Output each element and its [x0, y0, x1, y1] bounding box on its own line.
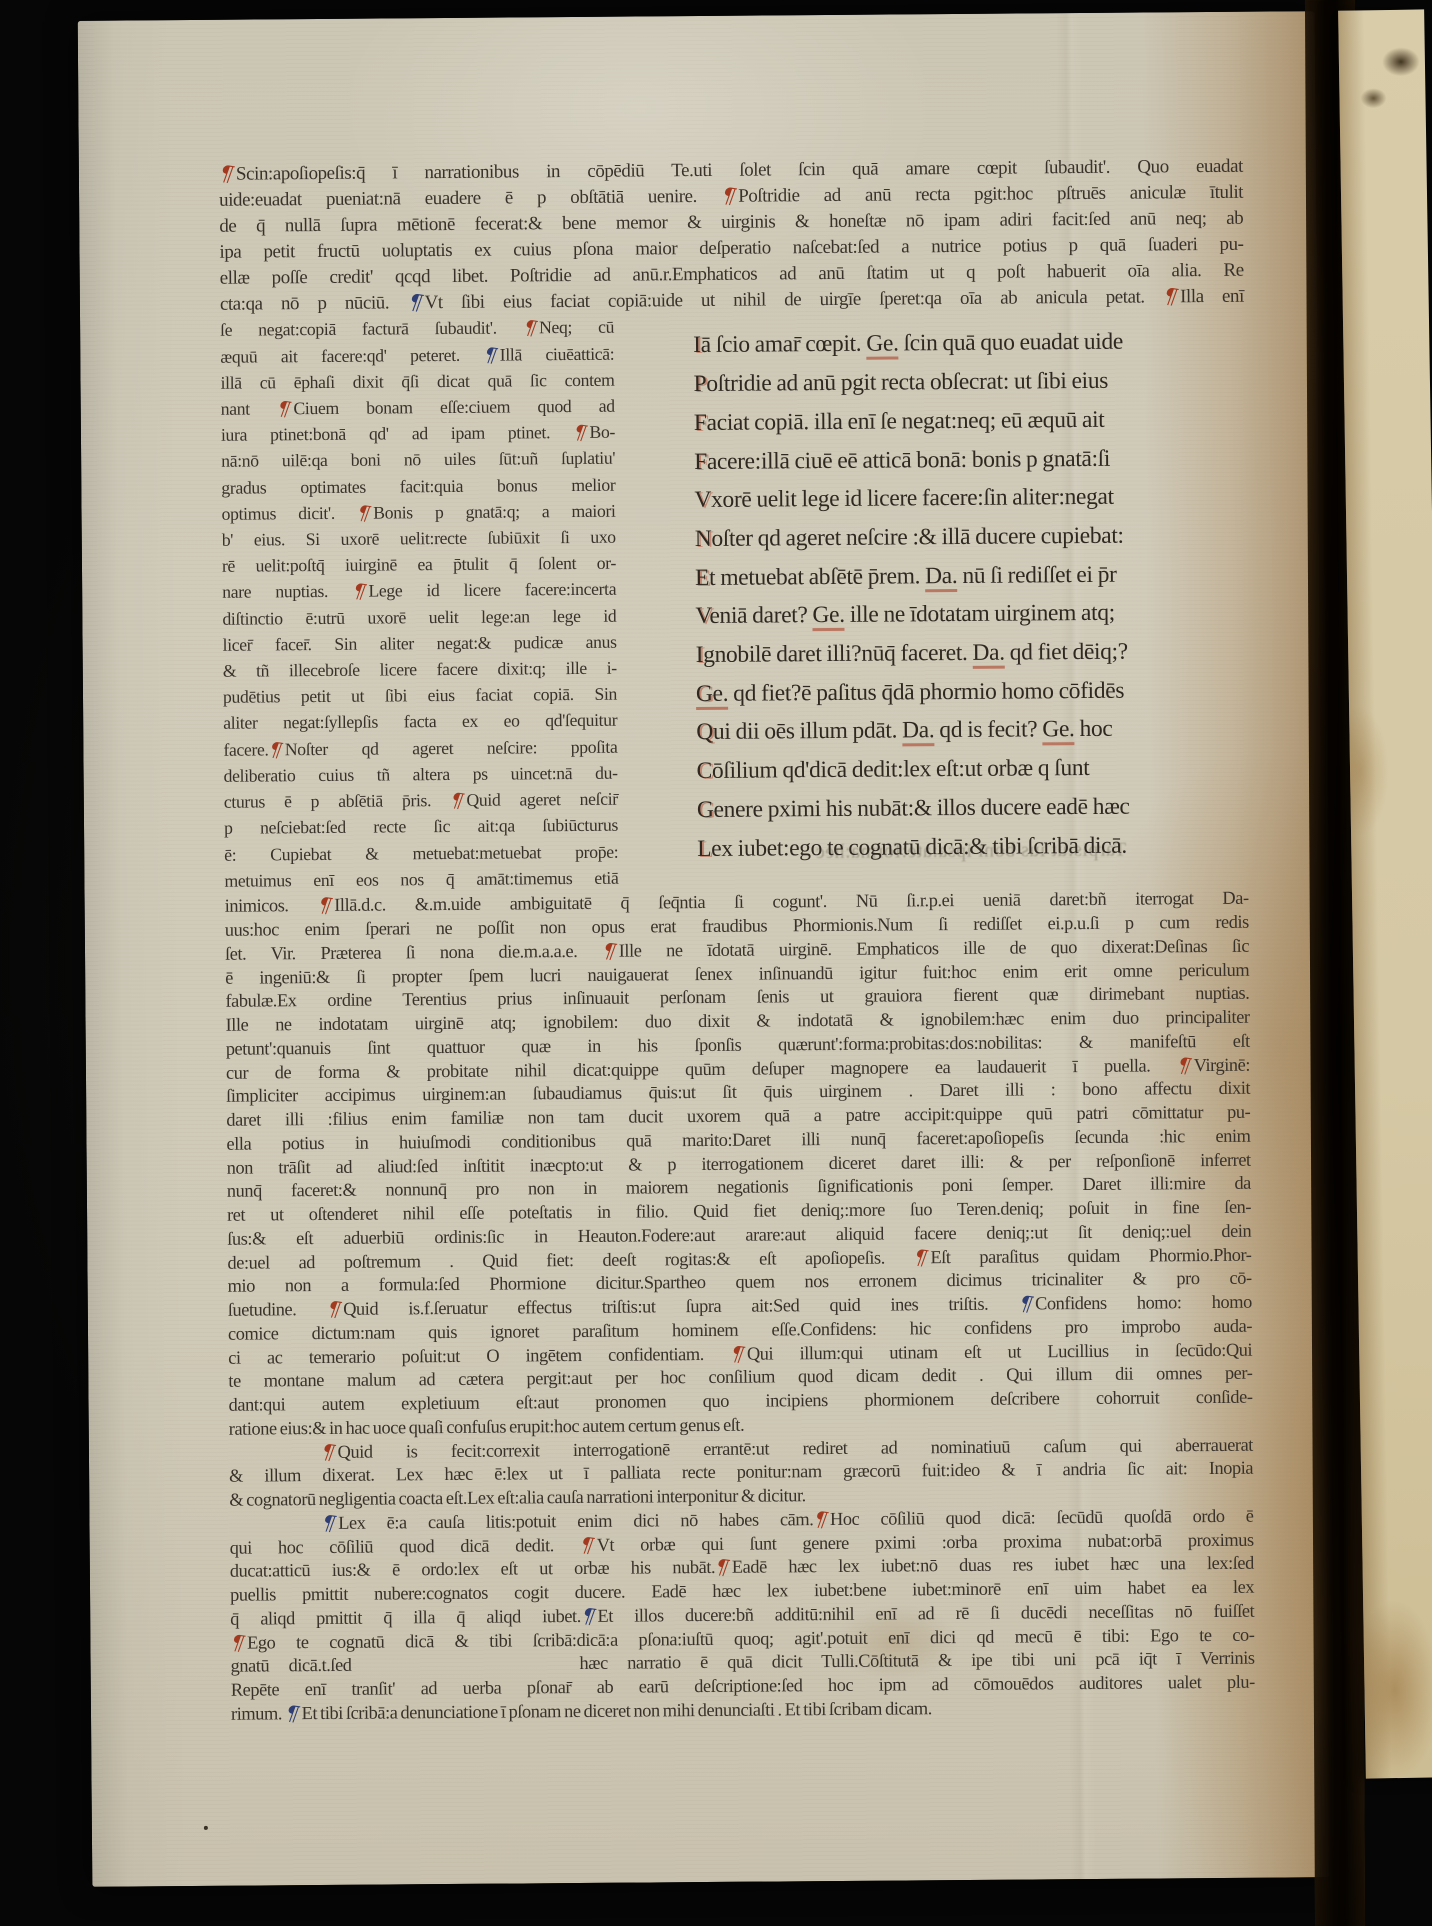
text-line: Iā ſcio amar̄ cœpit. Ge. ſcin quā quo eu… — [693, 322, 1249, 365]
speaker-abbreviation: Da. — [972, 640, 1004, 669]
rubric-mark-red-icon: ¶ — [220, 174, 233, 176]
commentary-left-column: ſe negat:copiā facturā ſubaudit'. ¶Neq; … — [220, 314, 619, 894]
text-line: Qui dii oēs illum pdāt. Da. qd is fecit?… — [696, 709, 1252, 752]
text-line: Ignobilē daret illi?nūq̄ faceret. Da. qd… — [696, 632, 1252, 675]
rubric-mark-red-icon: ¶ — [327, 1308, 340, 1310]
text-line: rē uelit:poſtq̄ iuirginē ea p̄tulit q̄ ſ… — [222, 550, 616, 579]
text-line: ſe negat:copiā facturā ſubaudit'. ¶Neq; … — [220, 314, 614, 343]
terence-verse-column: Iā ſcio amar̄ cœpit. Ge. ſcin quā quo eu… — [693, 322, 1253, 868]
text-line: Vxorē uelit lege id licere facere:ſin al… — [694, 477, 1250, 520]
rubric-mark-red-icon: ¶ — [1164, 296, 1177, 298]
rubric-mark-blue-icon: ¶ — [408, 302, 421, 304]
two-column-area: ſe negat:copiā facturā ſubaudit'. ¶Neq; … — [220, 309, 1249, 895]
rubric-mark-blue-icon: ¶ — [322, 1522, 335, 1524]
book-page: Tarpis:ut ius boni ipsa:ate:forma:hec ¶S… — [78, 11, 1330, 1887]
text-line: pudētius petit ut ſibi eius faciat copiā… — [223, 681, 617, 710]
text-line: aliter negat:ſyllepſis facta ex eo qd'ſe… — [223, 707, 617, 736]
manuscript-photo: { "page": { "top_section": { "lines": [ … — [0, 0, 1432, 1926]
rubric-mark-red-icon: ¶ — [451, 800, 463, 802]
ink-speck — [204, 1826, 208, 1830]
speaker-abbreviation: Ge. — [812, 602, 844, 631]
text-line: optimus dicit'. ¶Bonis p gnatā:q; a maio… — [221, 498, 615, 527]
rubric-mark-blue-icon: ¶ — [582, 1615, 595, 1617]
text-line: Genere pximi his nubāt:& illos ducere ea… — [697, 787, 1253, 830]
text-line: licer̄ facer̄. Sin aliter negat:& pudicæ… — [222, 629, 616, 658]
rubric-mark-red-icon: ¶ — [278, 408, 290, 410]
rubric-mark-red-icon: ¶ — [524, 328, 536, 330]
text-line: diſtinctio ē:utrū uxorē uelit lege:an le… — [222, 602, 616, 631]
rubric-mark-red-icon: ¶ — [318, 904, 331, 906]
speaker-abbreviation: Da. — [925, 563, 957, 592]
rubric-mark-red-icon: ¶ — [814, 1518, 827, 1520]
text-line: Poſtridie ad anū pgit recta obſecrat: ut… — [693, 361, 1249, 404]
rubric-mark-red-icon: ¶ — [574, 432, 586, 434]
rubric-mark-red-icon: ¶ — [722, 196, 735, 198]
text-line: Cōſilium qd'dicā dedit:lex eſt:ut orbæ q… — [696, 748, 1252, 791]
text-line: & tñ illecebroſe licere facere dixit:q; … — [223, 655, 617, 684]
text-line: nā:nō uilē:qa boni nō uiles ſūt:uñ ſupla… — [221, 445, 615, 474]
speaker-abbreviation: Ge. — [866, 331, 898, 360]
text-line: iura ptinet:bonā qd' ad ipam ptinet. ¶Bo… — [221, 419, 615, 448]
text-line: æquū ait facere:qd' peteret. ¶Illā ciuēa… — [220, 340, 614, 369]
text-line: p neſciebat:ſed recte ſic ait:qa ſubiūct… — [224, 812, 618, 841]
text-line: ē: Cupiebat & metuebat:metuebat prop̄e: — [224, 838, 618, 867]
speaker-abbreviation: Ge. — [696, 681, 728, 710]
text-line: gradus optimates facit:quia bonus melior — [221, 471, 615, 500]
rubric-mark-red-icon: ¶ — [231, 1641, 244, 1643]
text-line: nant ¶Ciuem bonam eſſe:ciuem quod ad — [221, 393, 615, 422]
rubric-mark-blue-icon: ¶ — [286, 1712, 299, 1714]
rubric-mark-red-icon: ¶ — [269, 749, 281, 751]
rubric-mark-red-icon: ¶ — [358, 513, 370, 515]
text-line: facere.¶Noſter qd ageret neſcire: ppoſit… — [223, 733, 617, 762]
rubric-mark-blue-icon: ¶ — [1019, 1303, 1032, 1305]
text-line: b' eius. Si uxorē uelit:recte ſubiūxit ſ… — [222, 524, 616, 553]
top-commentary-section: ¶Scin:apoſiopeſis:q̄ ī narrationibus in … — [219, 154, 1244, 317]
rubric-mark-red-icon: ¶ — [322, 1451, 335, 1453]
rubric-mark-red-icon: ¶ — [603, 950, 616, 952]
bottom-commentary-section: inimicos. ¶Illā.d.c. &.m.uide ambiguitat… — [225, 887, 1255, 1726]
rubric-mark-red-icon: ¶ — [581, 1544, 594, 1546]
text-line: Lex iubet:ego te cognatū dicā:& tibi ſcr… — [697, 825, 1253, 868]
text-line: illā cū ēphaſi dixit q̄ſi dicat quā ſic … — [220, 367, 614, 396]
text-line: Et metuebat abſētē p̄rem. Da. nū ſi redi… — [695, 554, 1251, 597]
rubric-mark-red-icon: ¶ — [731, 1352, 744, 1354]
rubric-mark-red-icon: ¶ — [1178, 1064, 1191, 1066]
rubric-mark-red-icon: ¶ — [716, 1566, 729, 1568]
text-line: nare nuptias. ¶Lege id licere facere:inc… — [222, 576, 616, 605]
speaker-abbreviation: Ge. — [1042, 717, 1074, 746]
indent-space — [229, 1458, 321, 1459]
text-line: cturus ē p abſētiā p̄ris. ¶Quid ageret n… — [224, 786, 618, 815]
indent-space — [230, 1529, 322, 1530]
text-line: deliberatio cuius tñ altera ps uincet:nā… — [224, 760, 618, 789]
rubric-mark-blue-icon: ¶ — [484, 354, 496, 356]
text-block: ¶Scin:apoſiopeſis:q̄ ī narrationibus in … — [219, 154, 1255, 1727]
speaker-abbreviation: Da. — [902, 718, 934, 747]
blank-gap — [352, 1669, 580, 1671]
rubric-mark-red-icon: ¶ — [353, 591, 365, 593]
text-line: Ge. qd fiet?ē paſitus q̄dā phormio homo … — [696, 670, 1252, 713]
rubric-mark-red-icon: ¶ — [915, 1256, 928, 1258]
text-line: Noſter qd ageret neſcire :& illā ducere … — [695, 516, 1251, 559]
text-line: metuimus enī eos nos q̄ amāt:timemus eti… — [224, 864, 618, 893]
text-line: Faciat copiā. illa enī ſe negat:neq; eū … — [694, 400, 1250, 443]
text-line: Veniā daret? Ge. ille ne īdotatam uirgin… — [695, 593, 1251, 636]
text-line: Facere:illā ciuē eē atticā bonā: bonis p… — [694, 438, 1250, 481]
